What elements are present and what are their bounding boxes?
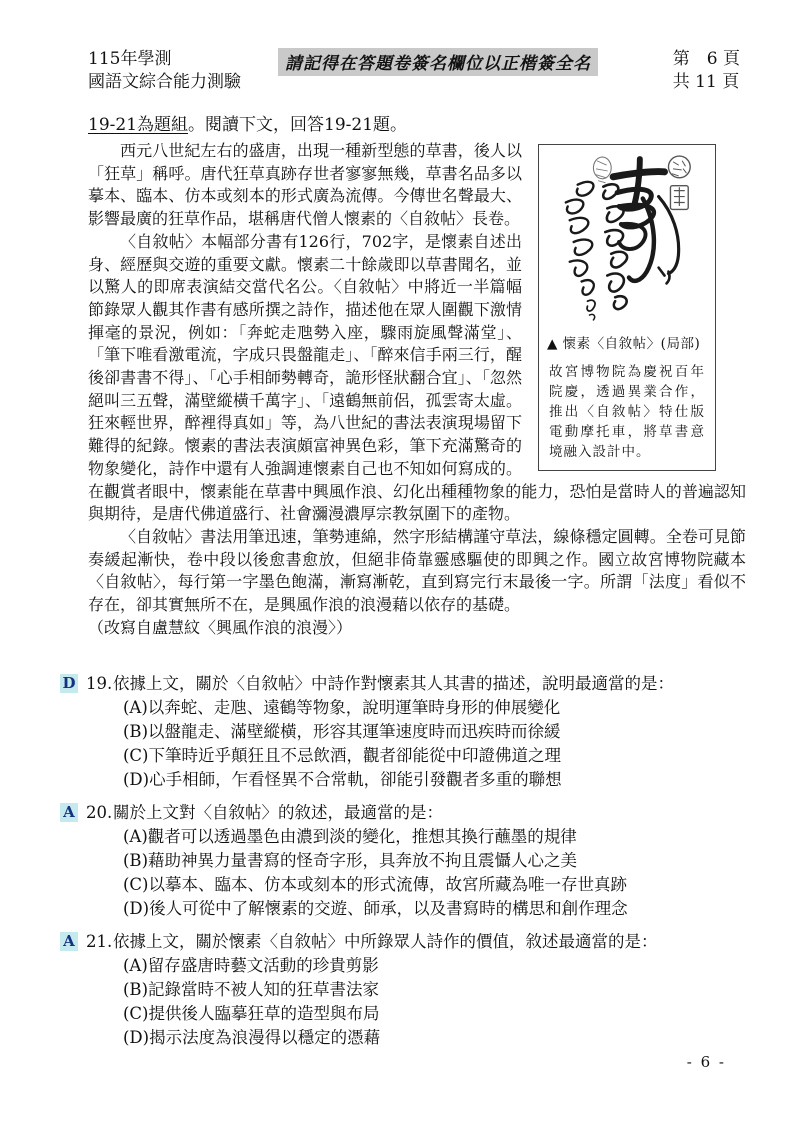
- question-21-stem: 依據上文，關於懷素〈自敘帖〉中所錄眾人詩作的價值，敘述最適當的是：: [113, 932, 658, 951]
- question-19-stem: 依據上文，關於〈自敘帖〉中詩作對懷素其人其書的描述，說明最適當的是：: [113, 674, 674, 693]
- question-20-option-a: (A)觀者可以透過墨色由濃到淡的變化，推想其換行蘸墨的規律: [86, 825, 750, 849]
- question-21-number: 21.: [86, 930, 113, 954]
- question-20: A 20.關於上文對〈自敘帖〉的敘述，最適當的是： (A)觀者可以透過墨色由濃到…: [60, 801, 750, 921]
- question-20-option-d: (D)後人可從中了解懷素的交遊、師承，以及書寫時的構思和創作理念: [86, 897, 750, 921]
- question-19-option-c: (C)下筆時近乎顛狂且不忌飲酒，觀者卻能從中印證佛道之理: [86, 744, 750, 768]
- total-pages-line: 共 11 頁: [673, 71, 740, 94]
- question-19: D 19.依據上文，關於〈自敘帖〉中詩作對懷素其人其書的描述，說明最適當的是： …: [60, 672, 750, 792]
- questions-section: D 19.依據上文，關於〈自敘帖〉中詩作對懷素其人其書的描述，說明最適當的是： …: [60, 672, 750, 1059]
- page-indicator: 第 6 頁 共 11 頁: [673, 48, 740, 94]
- question-21-option-b: (B)記錄當時不被人知的狂草書法家: [86, 978, 750, 1002]
- question-21-options: (A)留存盛唐時藝文活動的珍貴剪影 (B)記錄當時不被人知的狂草書法家 (C)提…: [86, 954, 750, 1050]
- question-20-stem: 關於上文對〈自敘帖〉的敘述，最適當的是：: [113, 803, 443, 822]
- question-19-number: 19.: [86, 672, 113, 696]
- question-19-option-a: (A)以奔蛇、走虺、遠鶴等物象，說明運筆時身形的伸展變化: [86, 696, 750, 720]
- question-group-intro: 19-21為題組。閱讀下文，回答19-21題。: [88, 110, 407, 135]
- footer-page-number: - 6 -: [687, 1053, 726, 1071]
- question-20-stem-line: 20.關於上文對〈自敘帖〉的敘述，最適當的是：: [86, 801, 750, 825]
- exam-subject: 國語文綜合能力測驗: [88, 71, 241, 94]
- question-21-option-c: (C)提供後人臨摹狂草的造型與布局: [86, 1002, 750, 1026]
- exam-year: 115年學測: [88, 48, 241, 71]
- question-20-number: 20.: [86, 801, 113, 825]
- question-20-option-b: (B)藉助神異力量書寫的怪奇字形，具奔放不拘且震懾人心之美: [86, 849, 750, 873]
- question-21-option-d: (D)揭示法度為浪漫得以穩定的憑藉: [86, 1026, 750, 1050]
- calligraphy-image: [548, 151, 706, 329]
- signature-notice: 請記得在答題卷簽名欄位以正楷簽全名: [278, 48, 598, 76]
- answer-badge-20: A: [60, 803, 78, 822]
- exam-page: 115年學測 國語文綜合能力測驗 請記得在答題卷簽名欄位以正楷簽全名 第 6 頁…: [0, 0, 800, 1131]
- question-20-options: (A)觀者可以透過墨色由濃到淡的變化，推想其換行蘸墨的規律 (B)藉助神異力量書…: [86, 825, 750, 921]
- answer-badge-19: D: [60, 674, 78, 693]
- page-header: 115年學測 國語文綜合能力測驗 請記得在答題卷簽名欄位以正楷簽全名 第 6 頁…: [88, 48, 748, 98]
- question-19-stem-line: 19.依據上文，關於〈自敘帖〉中詩作對懷素其人其書的描述，說明最適當的是：: [86, 672, 750, 696]
- figure-caption: ▲ 懷素〈自敘帖〉(局部): [547, 333, 707, 356]
- passage-paragraph-3: 〈自敘帖〉書法用筆迅速，筆勢連綿，然字形結構謹守草法，線條穩定圓轉。全卷可見節奏…: [88, 526, 746, 617]
- question-20-option-c: (C)以摹本、臨本、仿本或刻本的形式流傳，故宮所藏為唯一存世真跡: [86, 873, 750, 897]
- figure-box: ▲ 懷素〈自敘帖〉(局部) 故宮博物院為慶祝百年院慶，透過異業合作，推出〈自敘帖…: [538, 144, 716, 471]
- question-21-stem-line: 21.依據上文，關於懷素〈自敘帖〉中所錄眾人詩作的價值，敘述最適當的是：: [86, 930, 750, 954]
- exam-title: 115年學測 國語文綜合能力測驗: [88, 48, 241, 94]
- reading-passage: ▲ 懷素〈自敘帖〉(局部) 故宮博物院為慶祝百年院慶，透過異業合作，推出〈自敘帖…: [88, 140, 746, 639]
- question-19-options: (A)以奔蛇、走虺、遠鶴等物象，說明運筆時身形的伸展變化 (B)以盤龍走、滿壁縱…: [86, 696, 750, 792]
- passage-source: （改寫自盧慧紋〈興風作浪的浪漫〉）: [88, 617, 746, 640]
- question-21-option-a: (A)留存盛唐時藝文活動的珍貴剪影: [86, 954, 750, 978]
- page-number-line: 第 6 頁: [673, 48, 740, 71]
- figure-description: 故宮博物院為慶祝百年院慶，透過異業合作，推出〈自敘帖〉特仕版電動摩托車，將草書意…: [547, 362, 707, 462]
- question-19-option-b: (B)以盤龍走、滿壁縱橫，形容其運筆速度時而迅疾時而徐緩: [86, 720, 750, 744]
- group-instruction: 。閱讀下文，回答19-21題。: [188, 115, 407, 135]
- answer-badge-21: A: [60, 932, 78, 951]
- question-21: A 21.依據上文，關於懷素〈自敘帖〉中所錄眾人詩作的價值，敘述最適當的是： (…: [60, 930, 750, 1050]
- question-19-option-d: (D)心手相師，乍看怪異不合常軌，卻能引發觀者多重的聯想: [86, 768, 750, 792]
- group-label: 19-21為題組: [88, 115, 188, 135]
